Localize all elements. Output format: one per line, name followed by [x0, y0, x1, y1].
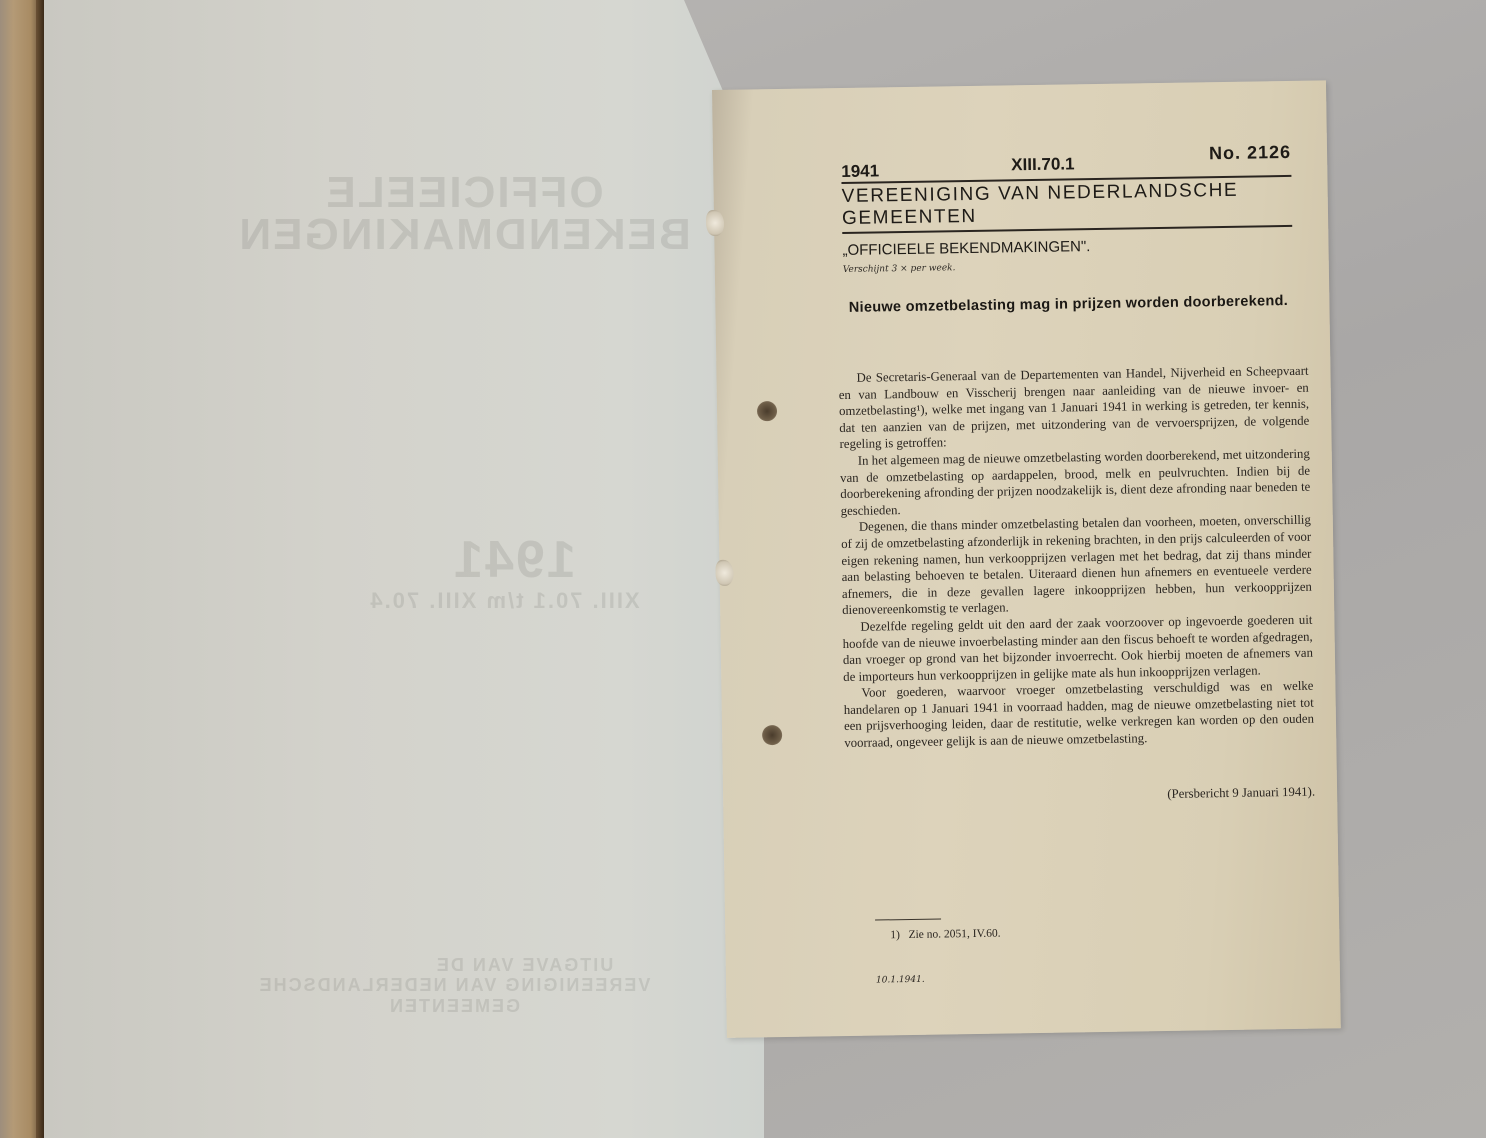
show-through-code: XIII. 70.1 t/m XIII. 70.4 — [334, 588, 674, 614]
punch-hole-icon — [757, 401, 777, 421]
footnote-marker: 1) — [890, 929, 900, 941]
binding-thread-icon — [706, 210, 724, 236]
show-through-title-line2: BEKENDMAKINGEN — [204, 210, 724, 260]
left-page: OFFICIEELE BEKENDMAKINGEN 1941 XIII. 70.… — [44, 0, 764, 1138]
punch-hole-icon — [762, 725, 782, 745]
article-paragraph: In het algemeen mag de nieuwe omzetbelas… — [840, 446, 1311, 520]
header-number: No. 2126 — [1209, 142, 1291, 164]
binding-thread-icon — [715, 560, 733, 586]
article-paragraph: De Secretaris-Generaal van de Departemen… — [838, 363, 1309, 453]
article-paragraph: Voor goederen, waarvoor vroeger omzetbel… — [843, 678, 1314, 752]
article-paragraph: Degenen, die thans minder omzetbelasting… — [841, 512, 1313, 619]
header-year: 1941 — [841, 161, 879, 182]
article-title: Nieuwe omzetbelasting mag in prijzen wor… — [843, 291, 1293, 318]
header-frequency: Verschijnt 3 × per week. — [843, 258, 1293, 275]
right-page: 1941 XIII.70.1 No. 2126 VEREENIGING VAN … — [712, 80, 1341, 1038]
footnote: 1) Zie no. 2051, IV.60. — [890, 928, 1001, 942]
article-body: De Secretaris-Generaal van de Departemen… — [838, 363, 1314, 752]
header-series: „OFFICIEELE BEKENDMAKINGEN". — [842, 235, 1292, 259]
show-through-publisher-line1: UITGAVE VAN DE — [414, 955, 634, 976]
footnote-text: Zie no. 2051, IV.60. — [908, 928, 1000, 941]
article-paragraph: Dezelfde regeling geldt uit den aard der… — [842, 612, 1313, 686]
cover-edge — [36, 0, 44, 1138]
header-organisation: VEREENIGING VAN NEDERLANDSCHE GEMEENTEN — [841, 177, 1292, 232]
footnote-rule — [875, 919, 941, 921]
header-code: XIII.70.1 — [1011, 154, 1075, 175]
print-date: 10.1.1941. — [876, 975, 925, 986]
document-header: 1941 XIII.70.1 No. 2126 VEREENIGING VAN … — [841, 145, 1293, 275]
article-source: (Persbericht 9 Januari 1941). — [845, 785, 1315, 807]
show-through-year: 1941 — [384, 530, 644, 590]
show-through-publisher-line2: VEREENIGING VAN NEDERLANDSCHE GEMEENTEN — [224, 975, 684, 1017]
